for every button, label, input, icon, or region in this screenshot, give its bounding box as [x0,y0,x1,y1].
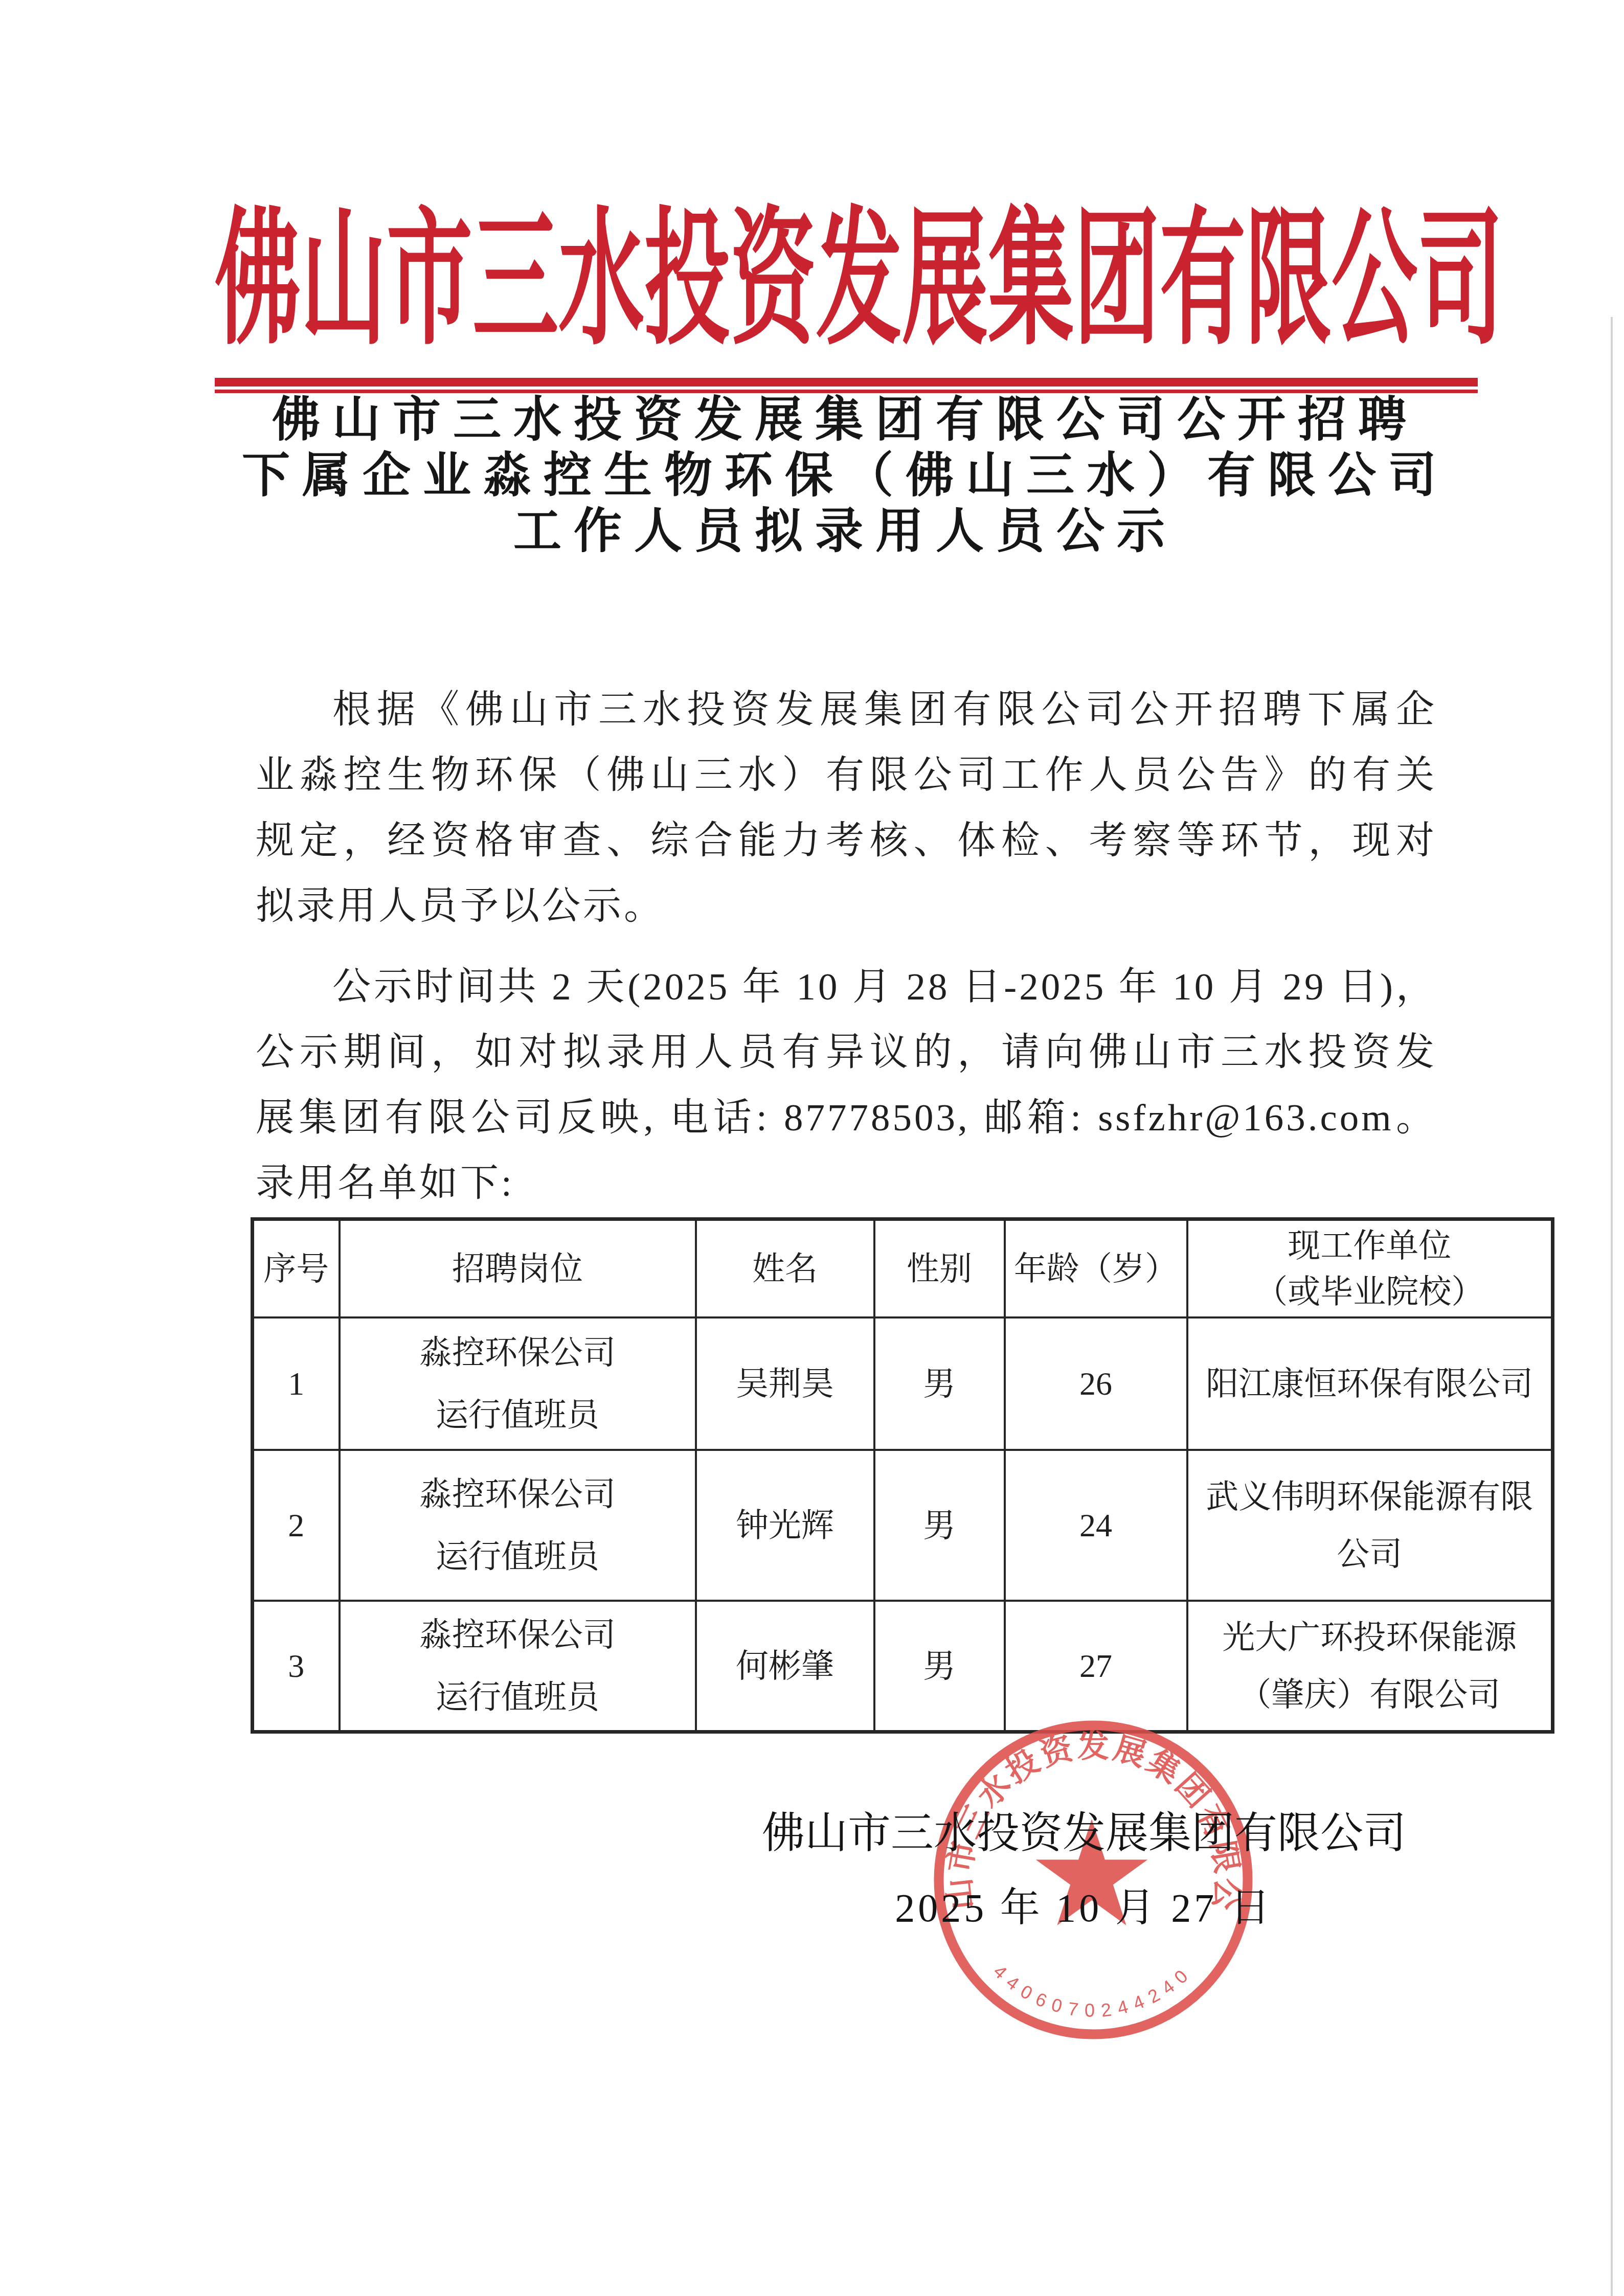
body-line: 根据《佛山市三水投资发展集团有限公司公开招聘下属企 [256,677,1437,743]
body-line: 公示时间共 2 天(2025 年 10 月 28 日-2025 年 10 月 2… [256,954,1437,1020]
cell-position: 淼控环保公司 运行值班员 [340,1450,696,1601]
hire-table: 序号 招聘岗位 姓名 性别 年龄（岁） 现工作单位 （或毕业院校） 1 淼控环保… [251,1217,1554,1734]
body-line: 公示期间，如对拟录用人员有异议的，请向佛山市三水投资发 [256,1020,1437,1085]
cell-no: 2 [253,1450,340,1601]
scan-edge-artifact [1611,317,1613,2296]
cell-gender: 男 [874,1450,1005,1601]
cell-position: 淼控环保公司 运行值班员 [340,1317,696,1450]
document-title-line: 工作人员拟录用人员公示 [181,504,1510,560]
cell-gender: 男 [874,1317,1005,1450]
cell-name: 何彬肇 [696,1601,874,1732]
body-line: 录用名单如下: [256,1151,1437,1216]
document-page: 佛山市三水投资发展集团有限公司 佛山市三水投资发展集团有限公司公开招聘 下属企业… [0,0,1624,2296]
document-title-line: 下属企业淼控生物环保（佛山三水）有限公司 [181,448,1510,504]
column-header-gender: 性别 [874,1219,1005,1318]
body-line: 展集团有限公司反映, 电话: 87778503, 邮箱: ssfzhr@163.… [256,1085,1437,1151]
column-header-no: 序号 [253,1219,340,1318]
cell-no: 3 [253,1601,340,1732]
cell-name: 钟光辉 [696,1450,874,1601]
cell-name: 吴荆昊 [696,1317,874,1450]
body-line: 拟录用人员予以公示。 [256,874,1437,939]
cell-unit: 武义伟明环保能源有限公司 [1187,1450,1553,1601]
signature-date: 2025 年 10 月 27 日 [726,1882,1442,1934]
letterhead-rule-thick [215,378,1478,387]
column-header-position: 招聘岗位 [340,1219,696,1318]
letterhead-title: 佛山市三水投资发展集团有限公司 [215,207,1478,355]
hire-table-container: 序号 招聘岗位 姓名 性别 年龄（岁） 现工作单位 （或毕业院校） 1 淼控环保… [251,1217,1554,1734]
table-row: 1 淼控环保公司 运行值班员 吴荆昊 男 26 阳江康恒环保有限公司 [253,1317,1553,1450]
table-row: 2 淼控环保公司 运行值班员 钟光辉 男 24 武义伟明环保能源有限公司 [253,1450,1553,1601]
signature-block: 佛山市三水投资发展集团有限公司 2025 年 10 月 27 日 [726,1808,1442,1934]
body-text: 根据《佛山市三水投资发展集团有限公司公开招聘下属企 业淼控生物环保（佛山三水）有… [256,677,1437,1216]
cell-age: 26 [1005,1317,1187,1450]
cell-no: 1 [253,1317,340,1450]
document-title: 佛山市三水投资发展集团有限公司公开招聘 下属企业淼控生物环保（佛山三水）有限公司… [181,393,1510,560]
cell-unit: 阳江康恒环保有限公司 [1187,1317,1553,1450]
table-header-row: 序号 招聘岗位 姓名 性别 年龄（岁） 现工作单位 （或毕业院校） [253,1219,1553,1318]
table-row: 3 淼控环保公司 运行值班员 何彬肇 男 27 光大广环投环保能源（肇庆）有限公… [253,1601,1553,1732]
body-line: 业淼控生物环保（佛山三水）有限公司工作人员公告》的有关 [256,743,1437,808]
column-header-unit: 现工作单位 （或毕业院校） [1187,1219,1553,1318]
body-line: 规定，经资格审查、综合能力考核、体检、考察等环节，现对 [256,808,1437,874]
column-header-age: 年龄（岁） [1005,1219,1187,1318]
cell-position: 淼控环保公司 运行值班员 [340,1601,696,1732]
document-title-line: 佛山市三水投资发展集团有限公司公开招聘 [181,393,1510,448]
column-header-name: 姓名 [696,1219,874,1318]
cell-age: 24 [1005,1450,1187,1601]
signature-company: 佛山市三水投资发展集团有限公司 [726,1808,1442,1859]
